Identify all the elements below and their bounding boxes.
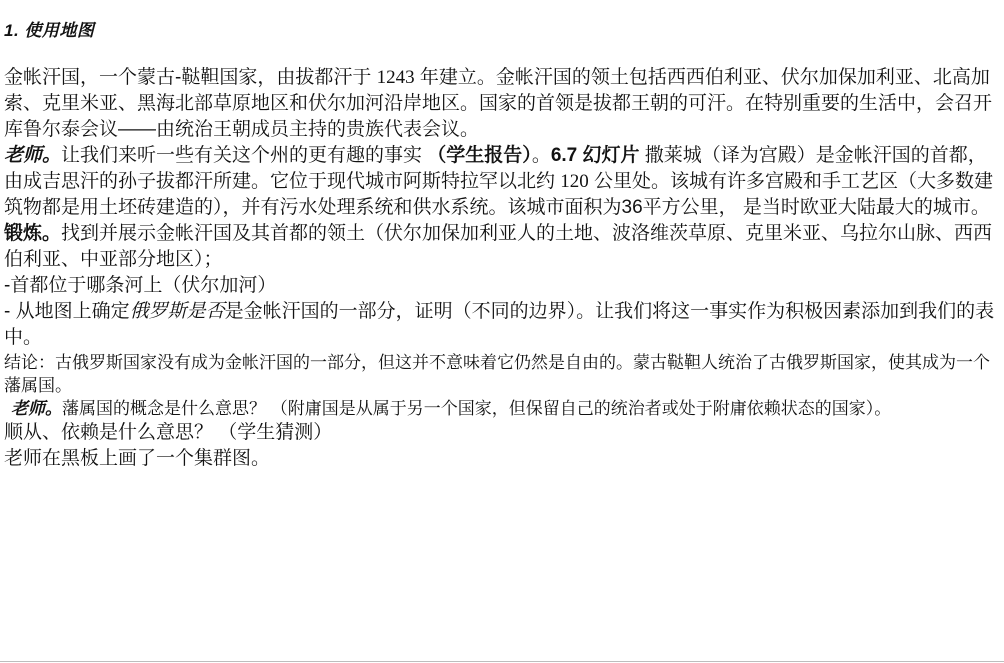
map-task-emphasis: 俄罗斯是否 xyxy=(130,301,225,322)
teacher-label-2: 老师。 xyxy=(11,399,62,418)
section-heading: 1. 使用地图 xyxy=(4,16,999,41)
document-page: 1. 使用地图 金帐汗国，一个蒙古-鞑靼国家，由拔都汗于 1243 年建立。金帐… xyxy=(0,0,1004,663)
slide-label: 6.7 幻灯片 xyxy=(551,145,640,166)
question-text: 顺从、依赖是什么意思？ （学生猜测） xyxy=(4,422,332,443)
table-top-border xyxy=(0,661,1004,662)
teacher2-text: 藩属国的概念是什么意思？ （附庸国是从属于另一个国家，但保留自己的统治者或处于附… xyxy=(62,399,891,418)
paragraph-capital-river: -首都位于哪条河上（伏尔加河） xyxy=(4,273,999,299)
teacher1-text-2: 。 xyxy=(532,145,551,166)
map-task-text-1: - 从地图上确定 xyxy=(4,301,130,322)
exercise-text: 找到并展示金帐汗国及其首都的领土（伏尔加保加利亚人的土地、波洛维茨草原、克里米亚… xyxy=(4,223,992,270)
cluster-text: 老师在黑板上画了一个集群图。 xyxy=(4,448,270,469)
year-founded: 1243 xyxy=(377,67,415,88)
paragraph-cluster: 老师在黑板上画了一个集群图。 xyxy=(4,446,999,472)
distance-km: 120 xyxy=(560,171,589,192)
capital-river-text: -首都位于哪条河上（伏尔加河） xyxy=(4,275,276,296)
paragraph-map-task: - 从地图上确定俄罗斯是否是金帐汗国的一部分，证明（不同的边界）。让我们将这一事… xyxy=(4,299,999,351)
exercise-label: 锻炼。 xyxy=(4,223,61,244)
teacher1-text-1: 让我们来听一些有关这个州的更有趣的事实 xyxy=(61,145,427,166)
student-report-label: （学生报告） xyxy=(427,145,532,166)
paragraph-intro: 金帐汗国，一个蒙古-鞑靼国家，由拔都汗于 1243 年建立。金帐汗国的领土包括西… xyxy=(4,65,999,143)
paragraph-teacher-1: 老师。让我们来听一些有关这个州的更有趣的事实 （学生报告）。6.7 幻灯片 撒莱… xyxy=(4,143,999,221)
paragraph-teacher-2: 老师。藩属国的概念是什么意思？ （附庸国是从属于另一个国家，但保留自己的统治者或… xyxy=(4,397,999,420)
intro-text-1: 金帐汗国，一个蒙古-鞑靼国家，由拔都汗于 xyxy=(4,67,377,88)
paragraph-question: 顺从、依赖是什么意思？ （学生猜测） xyxy=(4,420,999,446)
paragraph-exercise: 锻炼。找到并展示金帐汗国及其首都的领土（伏尔加保加利亚人的土地、波洛维茨草原、克… xyxy=(4,221,999,273)
teacher-label: 老师。 xyxy=(4,145,61,166)
paragraph-conclusion: 结论：古俄罗斯国家没有成为金帐汗国的一部分，但这并不意味着它仍然是自由的。蒙古鞑… xyxy=(4,351,999,397)
conclusion-text: 结论：古俄罗斯国家没有成为金帐汗国的一部分，但这并不意味着它仍然是自由的。蒙古鞑… xyxy=(4,353,990,395)
